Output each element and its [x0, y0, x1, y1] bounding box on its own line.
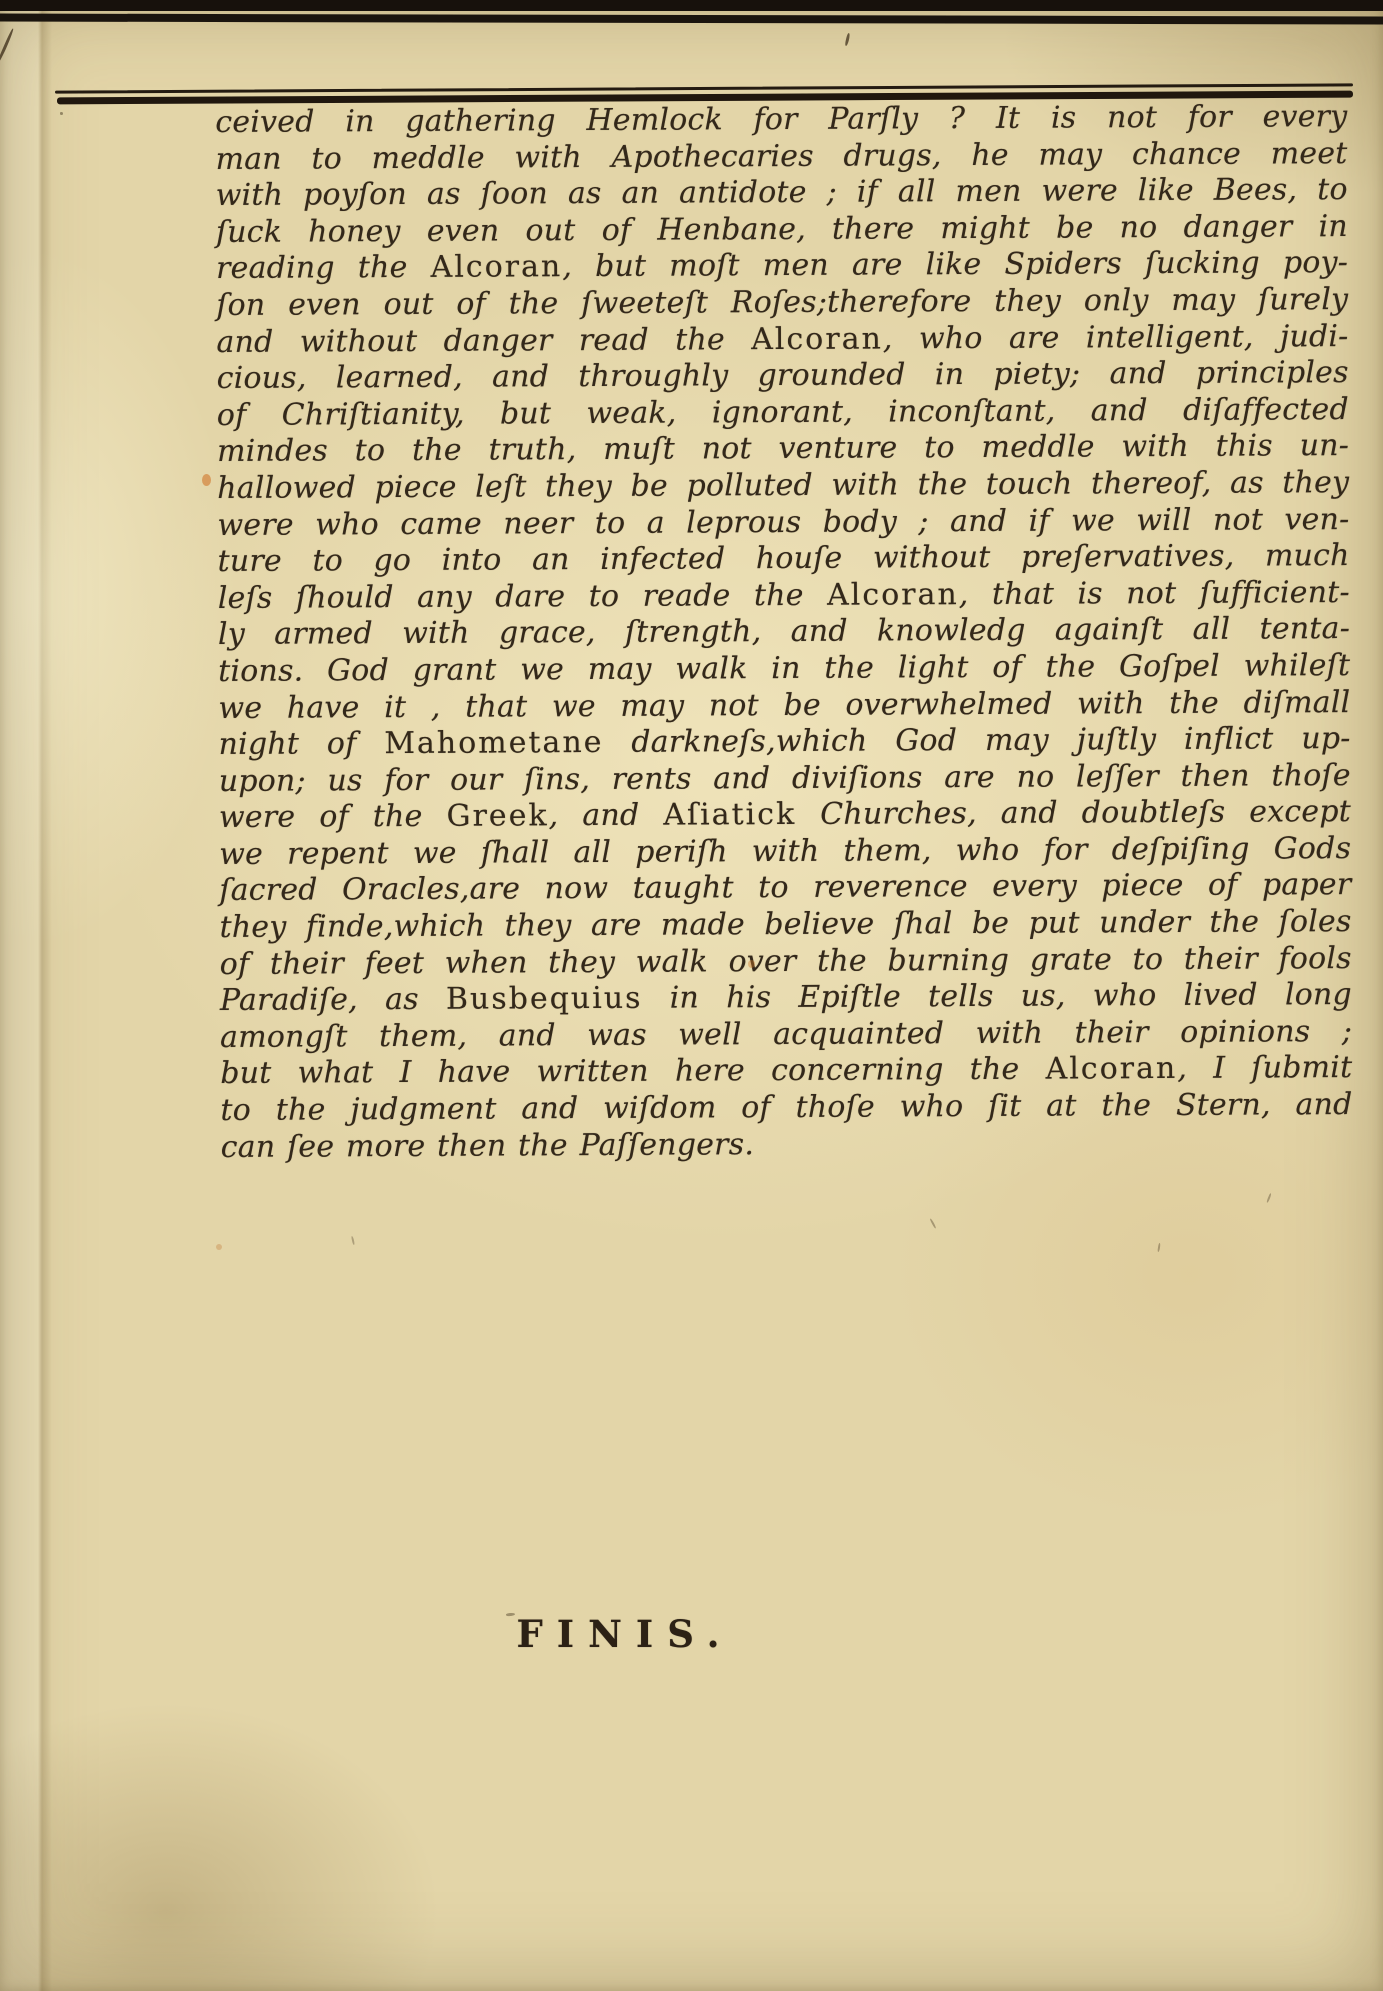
- roman-word: Alcoran: [1046, 1051, 1178, 1087]
- roman-word: Busbequius: [446, 981, 643, 1017]
- ink-speck: [1266, 1193, 1272, 1203]
- roman-word: Aſiatick: [663, 797, 796, 833]
- finis-label: FINIS.: [60, 1612, 1190, 1656]
- text-line: cious, learned, and throughly grounded i…: [217, 355, 1349, 398]
- ink-speck: [1157, 1243, 1161, 1252]
- text-line: tions. God grant we may walk in the ligh…: [218, 648, 1350, 691]
- ink-speck: [0, 28, 15, 64]
- text-line: of Chriſtianity, but weak, ignorant, inc…: [217, 392, 1349, 435]
- roman-word: Alcoran: [431, 250, 563, 286]
- text-line: amongſt them, and was well acquainted wi…: [220, 1014, 1352, 1057]
- text-line: we repent we ſhall all periſh with them,…: [219, 831, 1351, 874]
- text-line: ly armed with grace, ſtrength, and knowl…: [218, 611, 1350, 654]
- text-line: we have it , that we may not be overwhel…: [218, 685, 1350, 728]
- text-line: and without danger read the Alcoran, who…: [216, 319, 1348, 362]
- text-line: ſacred Oracles,are now taught to reveren…: [219, 868, 1351, 911]
- book-page-scan: ceived in gathering Hemlock for Parſly ?…: [0, 0, 1383, 1991]
- page-top-edge-band: [0, 0, 1383, 11]
- body-text-block: ceived in gathering Hemlock for Parſly ?…: [215, 99, 1353, 1166]
- text-line: of their feet when they walk over the bu…: [220, 941, 1352, 984]
- roman-word: Mahometane: [384, 725, 603, 761]
- text-line: hallowed piece leſt they be polluted wit…: [217, 465, 1349, 508]
- text-line: mindes to the truth, muſt not venture to…: [217, 428, 1349, 471]
- text-line: but what I have written here concerning …: [220, 1050, 1352, 1093]
- text-line: leſs ſhould any dare to reade the Alcora…: [218, 575, 1350, 618]
- paper-stain: [216, 1244, 222, 1250]
- text-line: reading the Alcoran, but moſt men are li…: [216, 245, 1348, 288]
- text-line: can ſee more then the Paſſengers.: [221, 1124, 1353, 1167]
- text-line: ceived in gathering Hemlock for Parſly ?…: [215, 99, 1347, 142]
- text-line: were of the Greek, and Aſiatick Churches…: [219, 794, 1351, 837]
- text-line: upon; us for our ſins, rents and diviſio…: [219, 758, 1351, 801]
- text-line: night of Mahometane darkneſs,which God m…: [218, 721, 1350, 764]
- roman-word: Alcoran: [827, 577, 959, 613]
- text-line: to the judgment and wiſdom of thoſe who …: [220, 1087, 1352, 1130]
- paper-stain: [748, 960, 755, 968]
- text-line: ſon even out of the ſweeteſt Roſes;there…: [216, 282, 1348, 325]
- paper-stain: [202, 474, 211, 486]
- text-line: man to meddle with Apothecaries drugs, h…: [215, 136, 1347, 179]
- text-line: ture to go into an infected houſe withou…: [218, 538, 1350, 581]
- roman-word: Alcoran: [751, 321, 883, 357]
- page-top-edge-band-2: [0, 14, 1383, 25]
- text-line: they finde,which they are made believe ſ…: [219, 904, 1351, 947]
- ink-speck: [351, 1236, 355, 1245]
- ink-speck: [60, 112, 63, 115]
- text-line: ſuck honey even out of Henbane, there mi…: [216, 209, 1348, 252]
- text-line: were who came neer to a leprous body ; a…: [217, 502, 1349, 545]
- ink-speck: [844, 33, 850, 46]
- text-line: with poyſon as ſoon as an antidote ; if …: [216, 172, 1348, 215]
- text-line: Paradiſe, as Busbequius in his Epiſtle t…: [220, 977, 1352, 1020]
- roman-word: Greek: [446, 799, 548, 835]
- ink-speck: [930, 1218, 937, 1229]
